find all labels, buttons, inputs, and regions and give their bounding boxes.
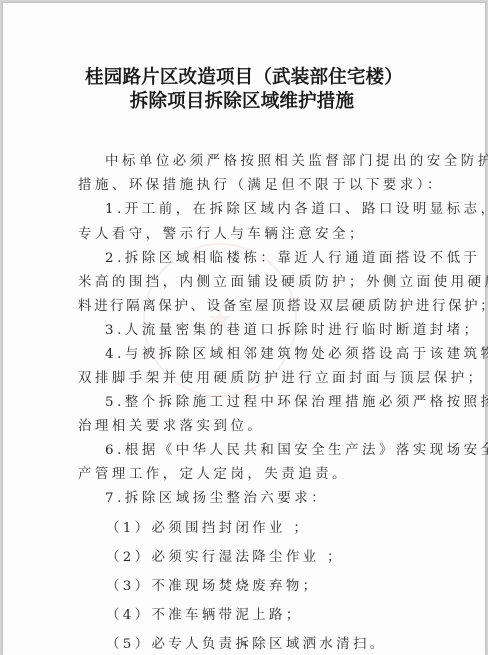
document-title-line-2: 拆除项目拆除区域维护措施 <box>0 87 486 113</box>
item-6-line-1: 6.根据《中华人民共和国安全生产法》落实现场安全生 <box>105 443 488 459</box>
item-2-line-2: 米高的围挡，内侧立面铺设硬质防护；外侧立面使用硬质材 <box>78 275 488 291</box>
paragraph-intro-line-1: 中标单位必须严格按照相关监督部门提出的安全防护 <box>105 154 488 170</box>
sub-item-3: （3）不准现场焚烧废弃物； <box>106 579 319 595</box>
item-5-line-2: 治理相关要求落实到位。 <box>78 419 264 435</box>
sub-item-5: （5）必专人负责拆除区域洒水清扫。 <box>106 637 387 653</box>
sub-item-2: （2）必须实行湿法降尘作业 ； <box>106 550 344 566</box>
item-5-line-1: 5.整个拆除施工过程中环保治理措施必须严格按照扬尘 <box>105 395 488 411</box>
item-6-line-2: 产管理工作，定人定岗，失责追责。 <box>78 467 349 483</box>
item-7-line-1: 7.拆除区域扬尘整治六要求： <box>105 491 328 507</box>
sub-item-1: （1）必须围挡封闭作业 ； <box>106 521 310 537</box>
item-1-line-2: 专人看守，警示行人与车辆注意安全； <box>78 227 366 243</box>
document-title-line-1: 桂园路片区改造项目（武装部住宅楼） <box>0 63 488 89</box>
item-3-line-1: 3.人流量密集的巷道口拆除时进行临时断道封堵； <box>105 323 481 339</box>
page-number: 4 <box>241 640 245 648</box>
item-2-line-3: 料进行隔离保护、设备室屋顶搭设双层硬质防护进行保护； <box>78 299 488 315</box>
paragraph-intro-line-2: 措施、环保措施执行（满足但不限于以下要求）： <box>78 178 444 194</box>
item-4-line-1: 4.与被拆除区域相邻建筑物处必须搭设高于该建筑物的 <box>105 347 488 363</box>
item-1-line-1: 1.开工前，在拆除区域内各道口、路口设明显标志，设 <box>105 202 488 218</box>
sub-item-4: （4）不准车辆带泥上路； <box>106 608 303 624</box>
item-4-line-2: 双排脚手架并使用硬质防护进行立面封面与顶层保护； <box>78 371 485 387</box>
item-2-line-1: 2.拆除区域相临楼栋：靠近人行通道面搭设不低于 2.5 <box>105 251 488 267</box>
